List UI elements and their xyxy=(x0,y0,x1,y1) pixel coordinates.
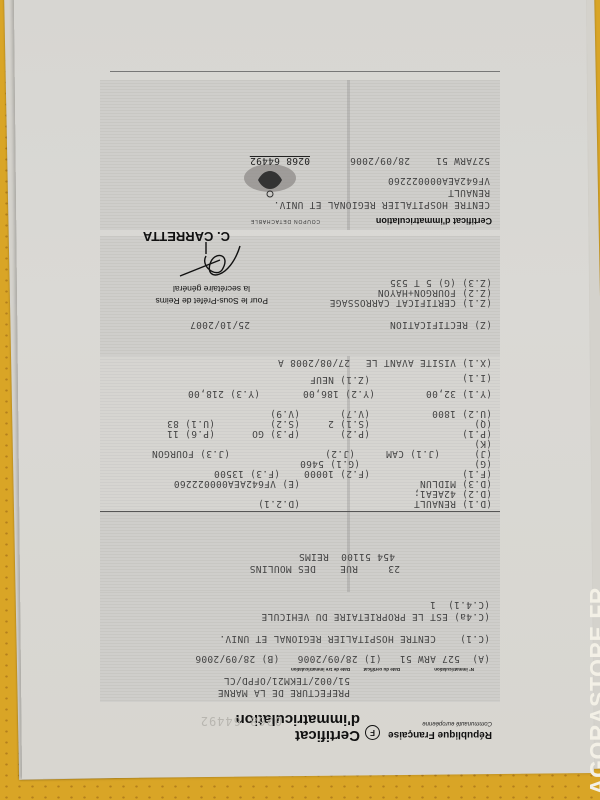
coupon-date: 28/09/2006 xyxy=(350,155,410,166)
coupon-make: RENAULT xyxy=(448,187,490,198)
coupon-holder: CENTRE HOSPITALIER REGIONAL ET UNIV. xyxy=(273,199,490,210)
section-divider xyxy=(100,511,500,512)
label-cert-date: Date du certificat xyxy=(363,667,400,672)
field-f1: (F.1) xyxy=(462,468,492,479)
signature-title: la secrétaire général xyxy=(173,284,250,294)
holder-name: (C.1) CENTRE HOSPITALIER REGIONAL ET UNI… xyxy=(219,633,490,644)
field-z1: (Z.1) NEUF xyxy=(310,374,370,385)
field-u2: (U.2) 1800 xyxy=(432,408,492,419)
rectification-line1: (Z.1) CERTIFICAT CARROSSAGE xyxy=(329,297,492,308)
rectification-date: 25/10/2007 xyxy=(190,319,250,330)
field-f2: (F.2) 10000 xyxy=(304,468,370,479)
fold-line xyxy=(347,80,350,230)
label-plate: N° immatriculation xyxy=(434,667,474,672)
header-serial: 0268 64492 xyxy=(200,714,282,728)
label-first-reg: Date de 1re immatriculation xyxy=(291,667,350,672)
certificate-header: République Française Communauté européen… xyxy=(102,702,492,752)
rectification-line3: (Z.3) (G) 5 T 535 xyxy=(390,277,492,288)
owner-note: (C.4a) EST LE PROPRIETAIRE DU VEHICULE xyxy=(261,611,490,622)
field-j: (J) xyxy=(474,448,492,459)
field-f3: (F.3) 13500 xyxy=(214,468,280,479)
field-d3: (D.3) MIDLUN xyxy=(420,478,492,489)
issuer-section: PREFECTURE DE LA MARNE 51/002/TEKM21/OFP… xyxy=(100,592,500,702)
field-x1-date: 27/08/2008 A xyxy=(278,357,350,368)
field-y2: (Y.2) 186,00 xyxy=(303,388,375,399)
rectification-label: (Z) RECTIFICATION xyxy=(390,319,492,330)
field-s2: (S.2) xyxy=(270,418,300,429)
fold-line xyxy=(347,512,350,592)
field-p1: (P.1) xyxy=(462,428,492,439)
field-d2: (D.2) 42AEA1; xyxy=(414,488,492,499)
coupon-plate: 527ARW 51 xyxy=(436,155,490,166)
address-section: 23 RUE DES MOULINS 454 51100 REIMS xyxy=(100,512,500,592)
signer-name: C. CARRETTA xyxy=(143,229,230,244)
issuer-reference: 51/002/TEKM21/OFPD/CL xyxy=(224,675,350,686)
address-line1: 23 RUE DES MOULINS xyxy=(250,563,401,574)
coupon-serial: 0268 64492 xyxy=(250,155,310,166)
rectification-section: (Z) RECTIFICATION 25/10/2007 (Z.1) CERTI… xyxy=(100,236,500,356)
field-g: (G) xyxy=(474,458,492,469)
prefecture-stamp-icon xyxy=(240,160,300,200)
registration-certificate: République Française Communauté européen… xyxy=(100,80,500,760)
signature-authority: Pour le Sous-Préfet de Reims xyxy=(156,296,268,306)
field-j3: (J.3) FOURGON xyxy=(152,448,230,459)
vehicle-section: (D.1) RENAULT (D.2.1) (D.2) 42AEA1; (D.3… xyxy=(100,356,500,511)
detachable-coupon: Certificat d'immatriculation COUPON DETA… xyxy=(100,80,500,230)
field-e: (E) VF642AEA000022260 xyxy=(174,478,300,489)
field-i1: (I.1) xyxy=(462,372,492,383)
fold-line xyxy=(347,356,350,511)
watermark: AGORASTORE.FR xyxy=(585,587,600,795)
field-k: (K) xyxy=(474,438,492,449)
field-d1: (D.1) RENAULT xyxy=(414,498,492,509)
c41-field: (C.4.1) 1 xyxy=(430,599,490,610)
coupon-vin: VF642AEA000022260 xyxy=(388,175,490,186)
signature-icon xyxy=(170,240,250,284)
field-p2: (P.2) xyxy=(340,428,370,439)
field-x1: (X.1) VISITE AVANT LE xyxy=(366,357,492,368)
field-g1: (G.1) 5460 xyxy=(300,458,360,469)
field-u1: (U.1) 83 xyxy=(167,418,215,429)
coupon-subtitle: COUPON DETACHABLE xyxy=(250,218,320,224)
prefecture: PREFECTURE DE LA MARNE xyxy=(218,687,350,698)
perforation-line xyxy=(110,71,500,72)
field-y3: (Y.3) 218,00 xyxy=(188,388,260,399)
field-q: (Q) xyxy=(474,418,492,429)
rectification-line2: (Z.2) FOURGON+HAYON xyxy=(378,287,492,298)
field-y1: (Y.1) 32,00 xyxy=(426,388,492,399)
community-label: Communauté européenne xyxy=(422,720,492,726)
field-p3: (P.3) GO xyxy=(252,428,300,439)
registration-line-a: (A) 527 ARW 51 (I) 28/09/2006 (B) 28/09/… xyxy=(195,653,490,664)
field-j1: (J.1) CAM xyxy=(386,448,440,459)
field-p6: (P.6) 11 xyxy=(167,428,215,439)
field-v9: (V.9) xyxy=(270,408,300,419)
field-d21: (D.2.1) xyxy=(258,498,300,509)
coupon-title: Certificat d'immatriculation xyxy=(376,216,492,226)
country-label: République Française xyxy=(388,729,492,740)
country-flag-icon: F xyxy=(365,725,380,740)
field-j2: (J.2) xyxy=(325,448,355,459)
title-line1: Certificat xyxy=(295,727,360,744)
field-v7: (V.7) xyxy=(340,408,370,419)
